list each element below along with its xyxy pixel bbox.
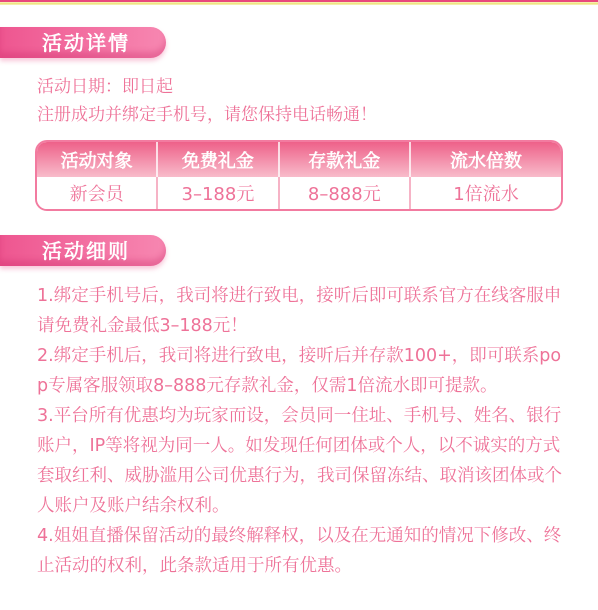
promo-table-cell-member: 新会员 [37,177,157,209]
promo-table: 活动对象 免费礼金 存款礼金 流水倍数 新会员 3–188元 8–888元 1倍… [37,142,561,209]
section-badge-activity-rules: 活动细则 [0,235,166,266]
promo-table-cell-turnover: 1倍流水 [410,177,561,209]
promo-table-cell-free-gift: 3–188元 [157,177,278,209]
section-badge-activity-rules-label: 活动细则 [42,235,130,264]
rule-item-1: 1.绑定手机号后，我司将进行致电，接听后即可联系官方在线客服申请免费礼金最低3–… [37,281,568,341]
activity-date-line: 活动日期：即日起 [37,73,568,101]
activity-rules-list: 1.绑定手机号后，我司将进行致电，接听后即可联系官方在线客服申请免费礼金最低3–… [37,281,568,581]
promo-table-container: 活动对象 免费礼金 存款礼金 流水倍数 新会员 3–188元 8–888元 1倍… [35,140,563,211]
table-row: 新会员 3–188元 8–888元 1倍流水 [37,177,561,209]
promo-table-body: 新会员 3–188元 8–888元 1倍流水 [37,177,561,209]
rule-item-3: 3.平台所有优惠均为玩家而设，会员同一住址、手机号、姓名、银行账户，IP等将视为… [37,401,568,521]
promo-table-cell-deposit-gift: 8–888元 [279,177,410,209]
promo-table-header-free-gift: 免费礼金 [157,142,278,177]
top-border-yellow [0,2,598,5]
rule-item-4: 4.姐姐直播保留活动的最终解释权，以及在无通知的情况下修改、终止活动的权利，此条… [37,521,568,581]
promo-table-header-turnover: 流水倍数 [410,142,561,177]
activity-notice-line: 注册成功并绑定手机号，请您保持电话畅通！ [37,101,568,129]
promo-table-header: 活动对象 免费礼金 存款礼金 流水倍数 [37,142,561,177]
section-badge-activity-details: 活动详情 [0,27,166,58]
section-badge-activity-details-label: 活动详情 [42,27,130,56]
promo-table-header-row: 活动对象 免费礼金 存款礼金 流水倍数 [37,142,561,177]
promo-table-header-deposit-gift: 存款礼金 [279,142,410,177]
rule-item-2: 2.绑定手机后，我司将进行致电，接听后并存款100+，即可联系pop专属客服领取… [37,341,568,401]
activity-intro: 活动日期：即日起 注册成功并绑定手机号，请您保持电话畅通！ [37,73,568,129]
promo-table-header-target: 活动对象 [37,142,157,177]
